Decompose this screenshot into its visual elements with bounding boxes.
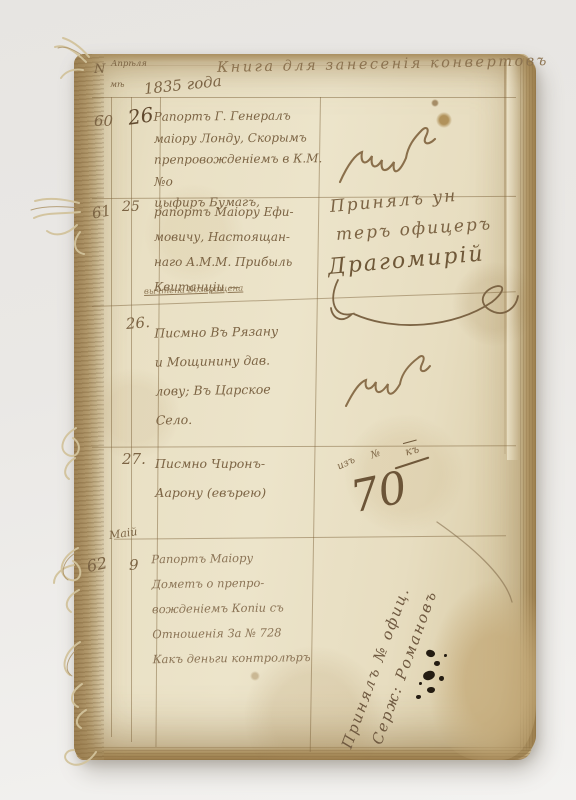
entry-62-body: Рапортъ Маіору Дометъ о препро- вожденіе…	[151, 545, 333, 673]
entry-62-rotated-resolution: Принялъ № офиц. Серж: Романовъ	[336, 509, 465, 760]
entry-61-day: 25	[122, 197, 140, 219]
entry-62-number: 62	[85, 551, 110, 579]
entry-62-day: 9	[129, 554, 139, 577]
page-edge-right	[520, 58, 536, 752]
entry-26-paraph-flourish	[340, 344, 436, 420]
ink-blot	[434, 661, 440, 666]
entry-60-body: Рапортъ Г. Генералъ маіору Лонду, Скорым…	[154, 105, 330, 214]
spine-binding	[74, 54, 104, 760]
month-label-may: Маій	[108, 523, 139, 544]
entry-61-number: 61	[90, 200, 113, 226]
grid-column-date	[131, 97, 132, 742]
ink-blot	[422, 670, 436, 682]
ink-blot	[427, 687, 435, 693]
page-edge-bottom	[76, 746, 532, 760]
entry-60-day: 26	[126, 99, 156, 133]
entry-26-day: 26.	[125, 311, 151, 336]
entry-27-resolution-suffix: къ	[403, 440, 421, 461]
entry-60-paraph-flourish	[332, 116, 444, 194]
entry-27-day: 27.	[122, 448, 146, 471]
ink-speck	[444, 654, 447, 657]
ink-blot	[416, 695, 421, 699]
entry-26-body: Писмно Въ Рязану и Мощинину дав. лову; В…	[154, 315, 336, 434]
grid-line-row3	[92, 445, 516, 447]
entry-61-signature-swash	[324, 266, 529, 338]
entry-60-number: 60	[94, 110, 113, 133]
entry-27-body: Писмно Чиронъ- Аарону (евърею)	[155, 449, 335, 507]
fold-crease	[504, 62, 506, 454]
header-month-line1: Апрѣля	[111, 58, 147, 71]
header-no-column: N	[94, 60, 105, 80]
photo-scene: N Апрѣля мѣ Книга для занесенія конверто…	[0, 0, 576, 800]
fold-highlight	[507, 60, 519, 460]
ink-blot	[439, 676, 444, 681]
ink-speck	[419, 682, 422, 685]
grid-column-no	[111, 97, 112, 737]
manuscript-book: N Апрѣля мѣ Книга для занесенія конверто…	[74, 54, 536, 760]
ink-blot	[425, 649, 436, 659]
header-month-line2: мѣ	[110, 79, 125, 92]
